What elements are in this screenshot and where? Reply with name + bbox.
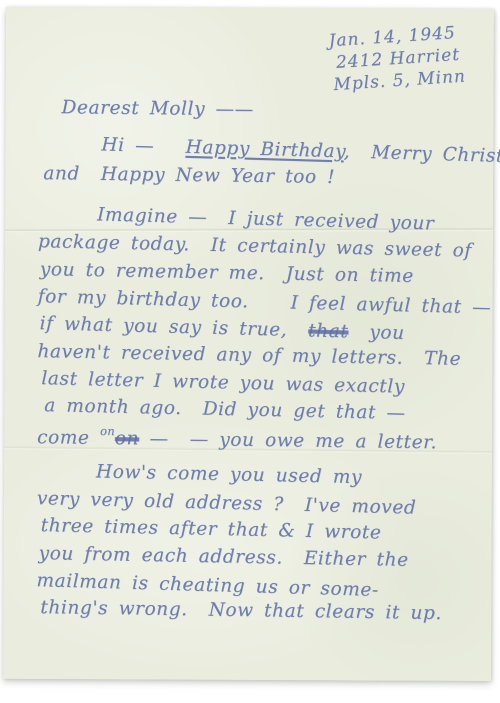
handwritten-segment: three times after that & I wrote [41,515,382,543]
handwritten-line: come onon — — you owe me a letter. [37,423,437,453]
handwritten-line: mailman is cheating us or some- [36,570,379,601]
handwritten-line: for my birthday too. I feel awful that — [37,286,491,318]
handwritten-segment: you [348,321,405,344]
handwritten-segment: How's come you used my [96,461,363,488]
handwritten-segment: a month ago. Did you get that — [44,395,406,424]
handwritten-segment-scribble: that [308,320,349,342]
handwritten-segment: and Happy New Year too ! [43,163,335,188]
handwritten-line: you to remember me. Just on time [40,259,414,287]
handwritten-line: very very old address ? I've moved [37,488,417,519]
handwritten-segment: for my birthday too. I feel awful that — [37,286,491,318]
handwritten-segment: you from each address. Either the [38,543,408,571]
handwritten-line: Dearest Molly —— [61,97,253,120]
handwritten-segment: Imagine — I just received your [97,204,435,234]
handwritten-segment: thing's wrong. Now that clears it up. [40,597,442,624]
scan-background: Jan. 14, 1945 2412 Harriet Mpls. 5, Minn… [0,0,500,703]
handwritten-segment: last letter I wrote you was exactly [41,368,405,398]
handwritten-segment: very very old address ? I've moved [37,488,417,519]
handwritten-line: a month ago. Did you get that — [44,395,406,424]
handwritten-segment: package today. It certainly was sweet of [38,231,472,261]
handwritten-segment: Dearest Molly —— [61,97,253,120]
handwritten-line: haven't received any of my letters. The [37,341,461,370]
handwritten-segment: Hi — [101,134,186,157]
handwritten-line: and Happy New Year too ! [43,163,335,188]
letter-body: Dearest Molly ——Hi — Happy Birthday, Mer… [3,7,494,681]
handwritten-segment: if what you say is true, [39,313,308,341]
handwritten-segment-sup: on [100,424,115,438]
handwritten-line: if what you say is true, that you [39,313,405,344]
handwritten-segment-scribble: on [115,428,140,449]
handwritten-line: last letter I wrote you was exactly [41,368,405,398]
handwritten-segment: mailman is cheating us or some- [36,570,379,601]
handwritten-line: package today. It certainly was sweet of [38,231,472,261]
handwritten-line: Imagine — I just received your [97,204,435,234]
handwritten-line: Hi — Happy Birthday, Merry Christmas [101,134,500,168]
handwritten-line: three times after that & I wrote [41,515,382,543]
handwritten-segment: — — you owe me a letter. [139,428,437,453]
handwritten-line: you from each address. Either the [38,543,408,571]
letter-paper: Jan. 14, 1945 2412 Harriet Mpls. 5, Minn… [3,7,494,681]
handwritten-segment: haven't received any of my letters. The [37,341,461,370]
handwritten-line: thing's wrong. Now that clears it up. [40,597,442,624]
handwritten-segment: come [37,427,100,449]
handwritten-segment: , Merry Christmas [343,141,500,168]
handwritten-segment: you to remember me. Just on time [40,259,414,287]
handwritten-segment-u: Happy Birthday [185,137,344,163]
handwritten-line: How's come you used my [96,461,363,488]
